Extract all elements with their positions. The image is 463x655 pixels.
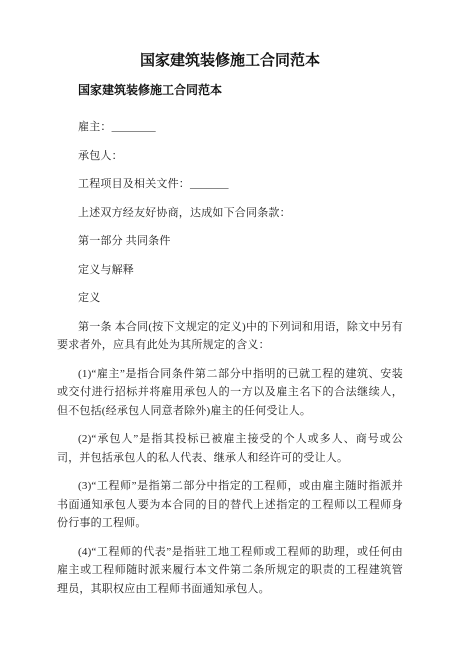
para-agreement-intro: 上述双方经友好协商，达成如下合同条款： — [57, 204, 403, 223]
field-employer-blank: ________ — [112, 121, 156, 133]
field-employer-label: 雇主： — [78, 121, 112, 133]
field-project-documents-blank: _______ — [190, 178, 229, 190]
document-page: 国家建筑装修施工合同范本 国家建筑装修施工合同范本 雇主：________ 承包… — [0, 0, 463, 655]
para-article-1: 第一条 本合同(按下文规定的定义)中的下列词和用语，除文中另有要求者外，应具有此… — [57, 318, 403, 355]
field-employer: 雇主：________ — [57, 118, 403, 137]
heading-part1: 第一部分 共同条件 — [57, 232, 403, 251]
para-definition-3-engineer: (3)“工程师”是指第二部分中指定的工程师，或由雇主随时指派并书面通知承包人要为… — [57, 477, 403, 533]
heading-definitions-and-interpretation: 定义与解释 — [57, 261, 403, 280]
field-contractor: 承包人： — [57, 147, 403, 166]
para-definition-4-engineer-representative: (4)“工程师的代表”是指驻工地工程师或工程师的助理，或任何由雇主或工程师随时派… — [57, 543, 403, 599]
document-subtitle: 国家建筑装修施工合同范本 — [57, 83, 403, 98]
heading-definition: 定义 — [57, 289, 403, 308]
document-title: 国家建筑装修施工合同范本 — [57, 51, 403, 71]
para-definition-2-contractor: (2)“承包人”是指其投标已被雇主接受的个人或多人、商号或公司，并包括承包人的私… — [57, 430, 403, 467]
field-project-documents-label: 工程项目及相关文件： — [78, 178, 190, 190]
field-project-documents: 工程项目及相关文件：_______ — [57, 175, 403, 194]
para-definition-1-employer: (1)“雇主”是指合同条件第二部分中指明的已就工程的建筑、安装或交付进行招标并将… — [57, 365, 403, 421]
